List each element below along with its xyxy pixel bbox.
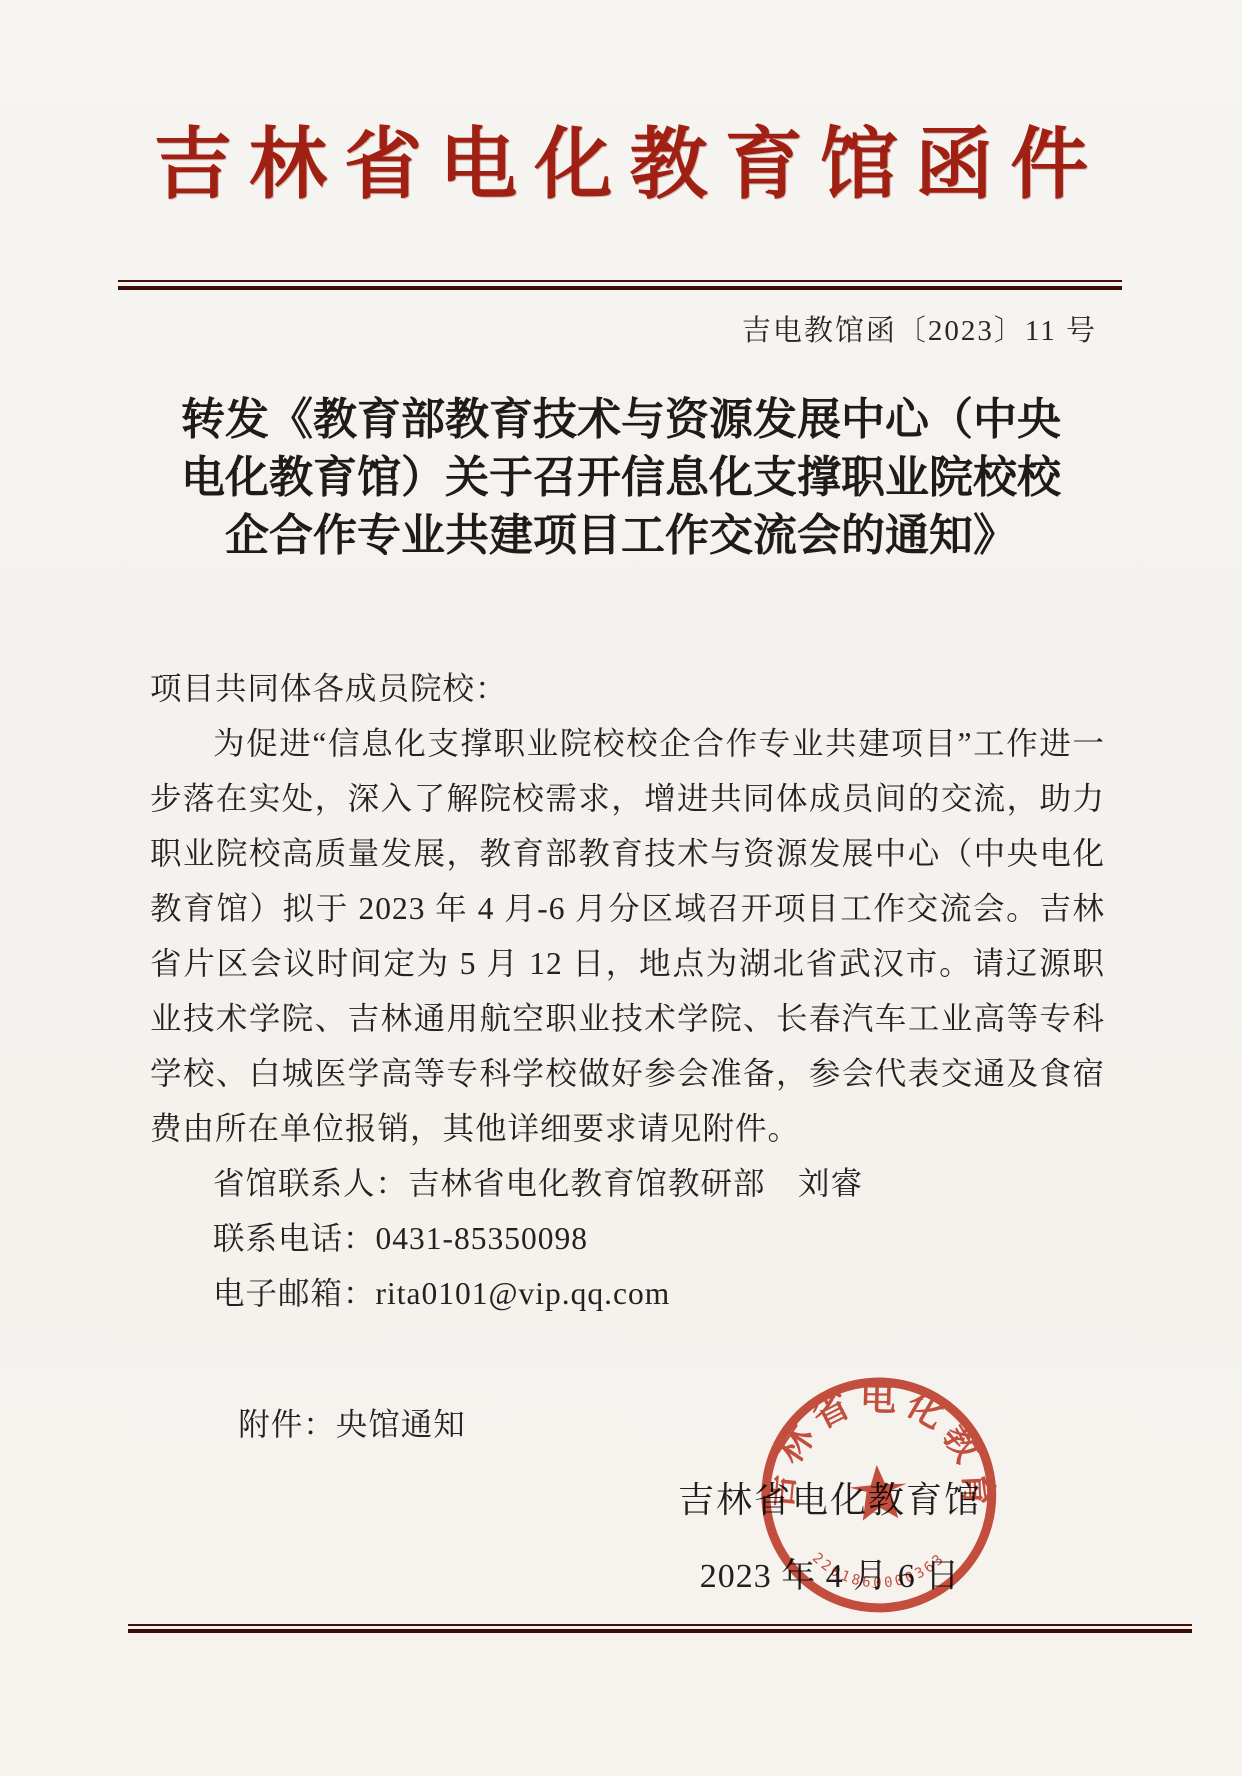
seal-code-text: 2201860000363 xyxy=(808,1541,950,1596)
contact-email-line: 电子邮箱：rita0101@vip.qq.com xyxy=(213,1266,1105,1321)
document-title-line-2: 电化教育馆）关于召开信息化支撑职业院校校 xyxy=(90,449,1152,507)
contact-person-line: 省馆联系人：吉林省电化教育馆教研部 刘睿 xyxy=(213,1156,1105,1211)
main-paragraph: 为促进“信息化支撑职业院校校企合作专业共建项目”工作进一步落在实处，深入了解院校… xyxy=(150,716,1105,1156)
footer-rule xyxy=(128,1624,1192,1633)
document-number: 吉电教馆函〔2023〕11 号 xyxy=(0,308,1097,349)
letterhead-title: 吉林省电化教育馆函件 xyxy=(0,0,1242,214)
seal-star-icon xyxy=(848,1463,909,1522)
document-title-line-1: 转发《教育部教育技术与资源发展中心（中央 xyxy=(90,391,1152,449)
letterhead-divider-rule xyxy=(118,280,1122,290)
document-title: 转发《教育部教育技术与资源发展中心（中央 电化教育馆）关于召开信息化支撑职业院校… xyxy=(90,391,1152,565)
salutation: 项目共同体各成员院校： xyxy=(150,661,1105,716)
document-title-line-3: 企合作专业共建项目工作交流会的通知》 xyxy=(90,507,1152,565)
letter-body: 项目共同体各成员院校： 为促进“信息化支撑职业院校校企合作专业共建项目”工作进一… xyxy=(150,661,1105,1452)
official-seal-stamp: 吉林省电化教育馆 2201860000363 xyxy=(740,1363,1019,1633)
contact-phone-line: 联系电话：0431-85350098 xyxy=(213,1211,1105,1266)
scanned-letter-page: 吉林省电化教育馆函件 吉电教馆函〔2023〕11 号 转发《教育部教育技术与资源… xyxy=(0,0,1242,1776)
